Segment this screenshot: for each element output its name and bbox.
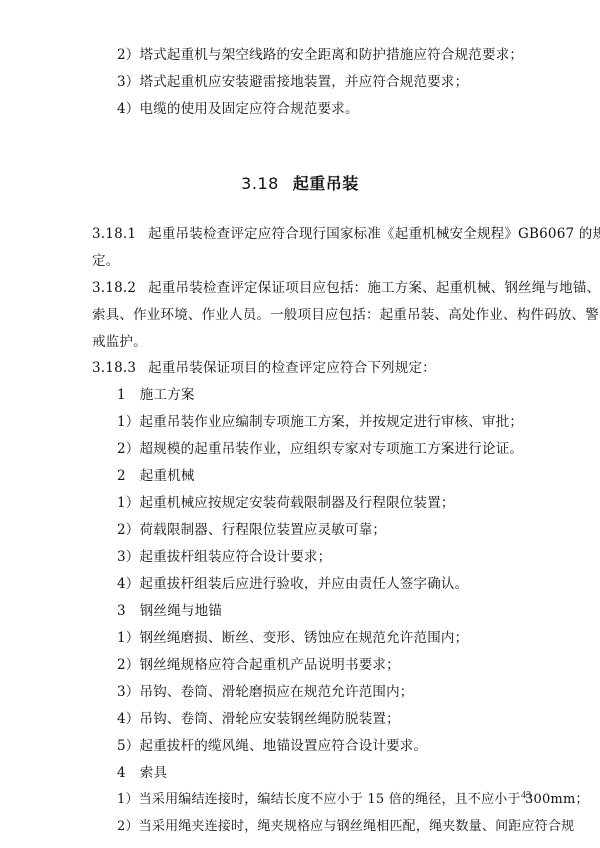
list-item: 1）起重机械应按规定安装荷载限制器及行程限位装置； bbox=[117, 494, 455, 512]
group-heading: 2起重机械 bbox=[117, 467, 195, 485]
clause-text: 起重吊装检查评定应符合现行国家标准《起重机械安全规程》GB6067 的规 bbox=[148, 226, 600, 242]
clause-number: 3.18.3 bbox=[92, 360, 136, 376]
group-number: 3 bbox=[117, 603, 126, 619]
group-title: 钢丝绳与地锚 bbox=[140, 603, 222, 619]
list-item: 4）吊钩、卷筒、滑轮应安装钢丝绳防脱装置； bbox=[117, 710, 400, 728]
group-heading: 1施工方案 bbox=[117, 386, 195, 404]
clause-number: 3.18.2 bbox=[92, 280, 136, 296]
list-item: 2）当采用绳夹连接时，绳夹规格应与钢丝绳相匹配，绳夹数量、间距应符合规 bbox=[117, 818, 574, 836]
list-item: 2）超规模的起重吊装作业，应组织专家对专项施工方案进行论证。 bbox=[117, 440, 523, 458]
clause-3-18-3: 3.18.3起重吊装保证项目的检查评定应符合下列规定： bbox=[92, 359, 436, 377]
group-number: 2 bbox=[117, 468, 126, 484]
list-item: 3）吊钩、卷筒、滑轮磨损应在规范允许范围内； bbox=[117, 683, 414, 701]
list-item: 1）起重吊装作业应编制专项施工方案，并按规定进行审核、审批； bbox=[117, 413, 523, 431]
list-item: 4）电缆的使用及固定应符合规范要求。 bbox=[117, 100, 359, 118]
clause-continuation: 定。 bbox=[92, 252, 119, 270]
clause-text: 起重吊装检查评定保证项目应包括：施工方案、起重机械、钢丝绳与地锚、 bbox=[148, 280, 600, 296]
section-title: 起重吊装 bbox=[293, 174, 359, 193]
list-item: 2）钢丝绳规格应符合起重机产品说明书要求； bbox=[117, 656, 400, 674]
section-number: 3.18 bbox=[241, 174, 279, 193]
list-item: 3）塔式起重机应安装避雷接地装置，并应符合规范要求； bbox=[117, 73, 468, 91]
clause-continuation: 戒监护。 bbox=[92, 333, 147, 351]
clause-3-18-2: 3.18.2起重吊装检查评定保证项目应包括：施工方案、起重机械、钢丝绳与地锚、 bbox=[92, 279, 600, 297]
clause-continuation: 索具、作业环境、作业人员。一般项目应包括：起重吊装、高处作业、构件码放、警 bbox=[92, 306, 599, 324]
group-title: 施工方案 bbox=[140, 387, 195, 403]
clause-number: 3.18.1 bbox=[92, 226, 136, 242]
group-title: 起重机械 bbox=[140, 468, 195, 484]
clause-text: 起重吊装保证项目的检查评定应符合下列规定： bbox=[148, 360, 436, 376]
group-number: 1 bbox=[117, 387, 126, 403]
list-item: 5）起重拔杆的缆风绳、地锚设置应符合设计要求。 bbox=[117, 737, 427, 755]
list-item: 3）起重拔杆组装应符合设计要求； bbox=[117, 548, 331, 566]
section-heading: 3.18起重吊装 bbox=[0, 174, 600, 194]
group-heading: 3钢丝绳与地锚 bbox=[117, 602, 222, 620]
clause-3-18-1: 3.18.1起重吊装检查评定应符合现行国家标准《起重机械安全规程》GB6067 … bbox=[92, 225, 600, 243]
list-item: 4）起重拔杆组装后应进行验收，并应由责任人签字确认。 bbox=[117, 575, 468, 593]
list-item: 1）当采用编结连接时，编结长度不应小于 15 倍的绳径，且不应小于 300mm； bbox=[117, 791, 589, 809]
list-item: 2）塔式起重机与架空线路的安全距离和防护措施应符合规范要求； bbox=[117, 46, 523, 64]
group-title: 索具 bbox=[140, 765, 167, 781]
document-page: 2）塔式起重机与架空线路的安全距离和防护措施应符合规范要求； 3）塔式起重机应安… bbox=[0, 0, 600, 848]
group-heading: 4索具 bbox=[117, 764, 167, 782]
group-number: 4 bbox=[117, 765, 126, 781]
list-item: 2）荷载限制器、行程限位装置应灵敏可靠； bbox=[117, 521, 386, 539]
page-number: 43 bbox=[521, 790, 531, 802]
list-item: 1）钢丝绳磨损、断丝、变形、锈蚀应在规范允许范围内； bbox=[117, 629, 468, 647]
